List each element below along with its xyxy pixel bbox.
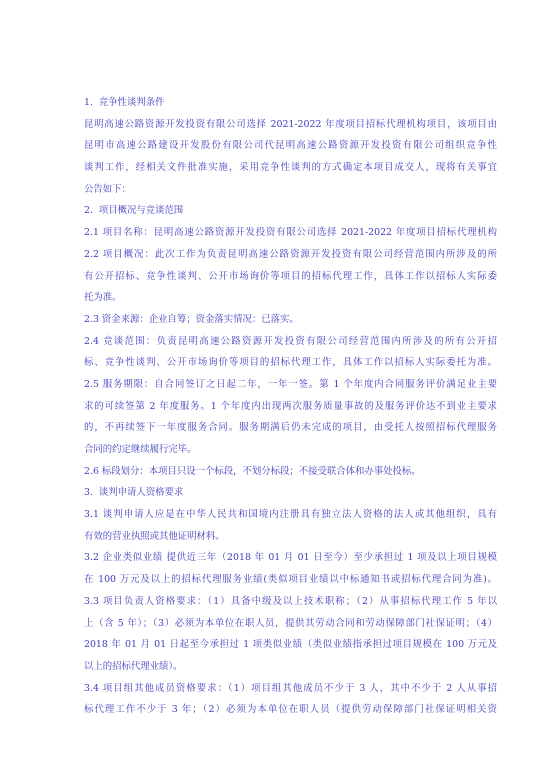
document-line: 3.1 谈判申请人应是在中华人民共和国境内注册具有独立法人资格的法人或其他组织，… [84,504,497,526]
document-line: 公告如下： [84,179,497,201]
document-line: 2.1 项目名称：昆明高速公路资源开发投资有限公司选择 2021-2022 年度… [84,222,497,244]
document-line: 2.2 项目概况：此次工作为负责昆明高速公路资源开发投资有限公司经营范围内所涉及… [84,244,497,266]
document-line: 以上的招标代理业绩）。 [84,656,497,678]
document-content: 1. 竞争性谈判条件昆明高速公路资源开发投资有限公司选择 2021-2022 年… [84,92,497,721]
document-line: 1. 竞争性谈判条件 [84,92,497,114]
document-line: 合同的约定继续履行完毕。 [84,439,497,461]
document-line: 昆明高速公路资源开发投资有限公司选择 2021-2022 年度项目招标代理机构项… [84,114,497,136]
document-line: 标代理工作不少于 3 年；（2）必须为本单位在职人员（提供劳动保障部门社保证明相… [84,699,497,721]
document-line: 有效的营业执照或其他证明材料。 [84,526,497,548]
document-line: 2.5 服务期限：自合同签订之日起二年，一年一签。第 1 个年度内合同服务评价满… [84,374,497,396]
document-line: 的，不再续签下一年度服务合同。服务期满后仍未完成的项目，由受托人按照招标代理服务 [84,417,497,439]
document-line: 有公开招标、竞争性谈判、公开市场询价等项目的招标代理工作，具体工作以招标人实际委 [84,266,497,288]
document-page: 1. 竞争性谈判条件昆明高速公路资源开发投资有限公司选择 2021-2022 年… [0,0,554,783]
document-line: 2018 年 01 月 01 日起至今承担过 1 项类似业绩（类似业绩指承担过项… [84,634,497,656]
document-line: 标、竞争性谈判、公开市场询价等项目的招标代理工作，具体工作以招标人实际委托为准。 [84,352,497,374]
document-line: 上（含 5 年）；（3）必须为本单位在职人员，提供其劳动合同和劳动保障部门社保证… [84,613,497,635]
document-line: 3.4 项目组其他成员资格要求：（1）项目组其他成员不少于 3 人，其中不少于 … [84,678,497,700]
document-line: 托为准。 [84,287,497,309]
document-line: 求的可续签第 2 年度服务。1 个年度内出现两次服务质量事故的及服务评价达不到业… [84,396,497,418]
document-line: 3.2 企业类似业绩 提供近三年（2018 年 01 月 01 日至今）至少承担… [84,547,497,569]
document-line: 昆明市高速公路建设开发股份有限公司代昆明高速公路资源开发投资有限公司组织竞争性 [84,135,497,157]
document-line: 2.4 竞谈范围：负责昆明高速公路资源开发投资有限公司经营范围内所涉及的所有公开… [84,331,497,353]
document-line: 3.3 项目负责人资格要求：（1）具备中级及以上技术职称；（2）从事招标代理工作… [84,591,497,613]
document-line: 2.6 标段划分：本项目只设一个标段，不划分标段；不接受联合体和办事处投标。 [84,461,497,483]
document-line: 3. 谈判申请人资格要求 [84,482,497,504]
document-line: 在 100 万元及以上的招标代理服务业绩(类似项目业绩以中标通知书或招标代理合同… [84,569,497,591]
document-line: 2.3 资金来源：企业自筹；资金落实情况：已落实。 [84,309,497,331]
document-line: 2. 项目概况与竞谈范围 [84,200,497,222]
document-line: 谈判工作，经相关文件批准实施，采用竞争性谈判的方式确定本项目成交人，现将有关事宜 [84,157,497,179]
